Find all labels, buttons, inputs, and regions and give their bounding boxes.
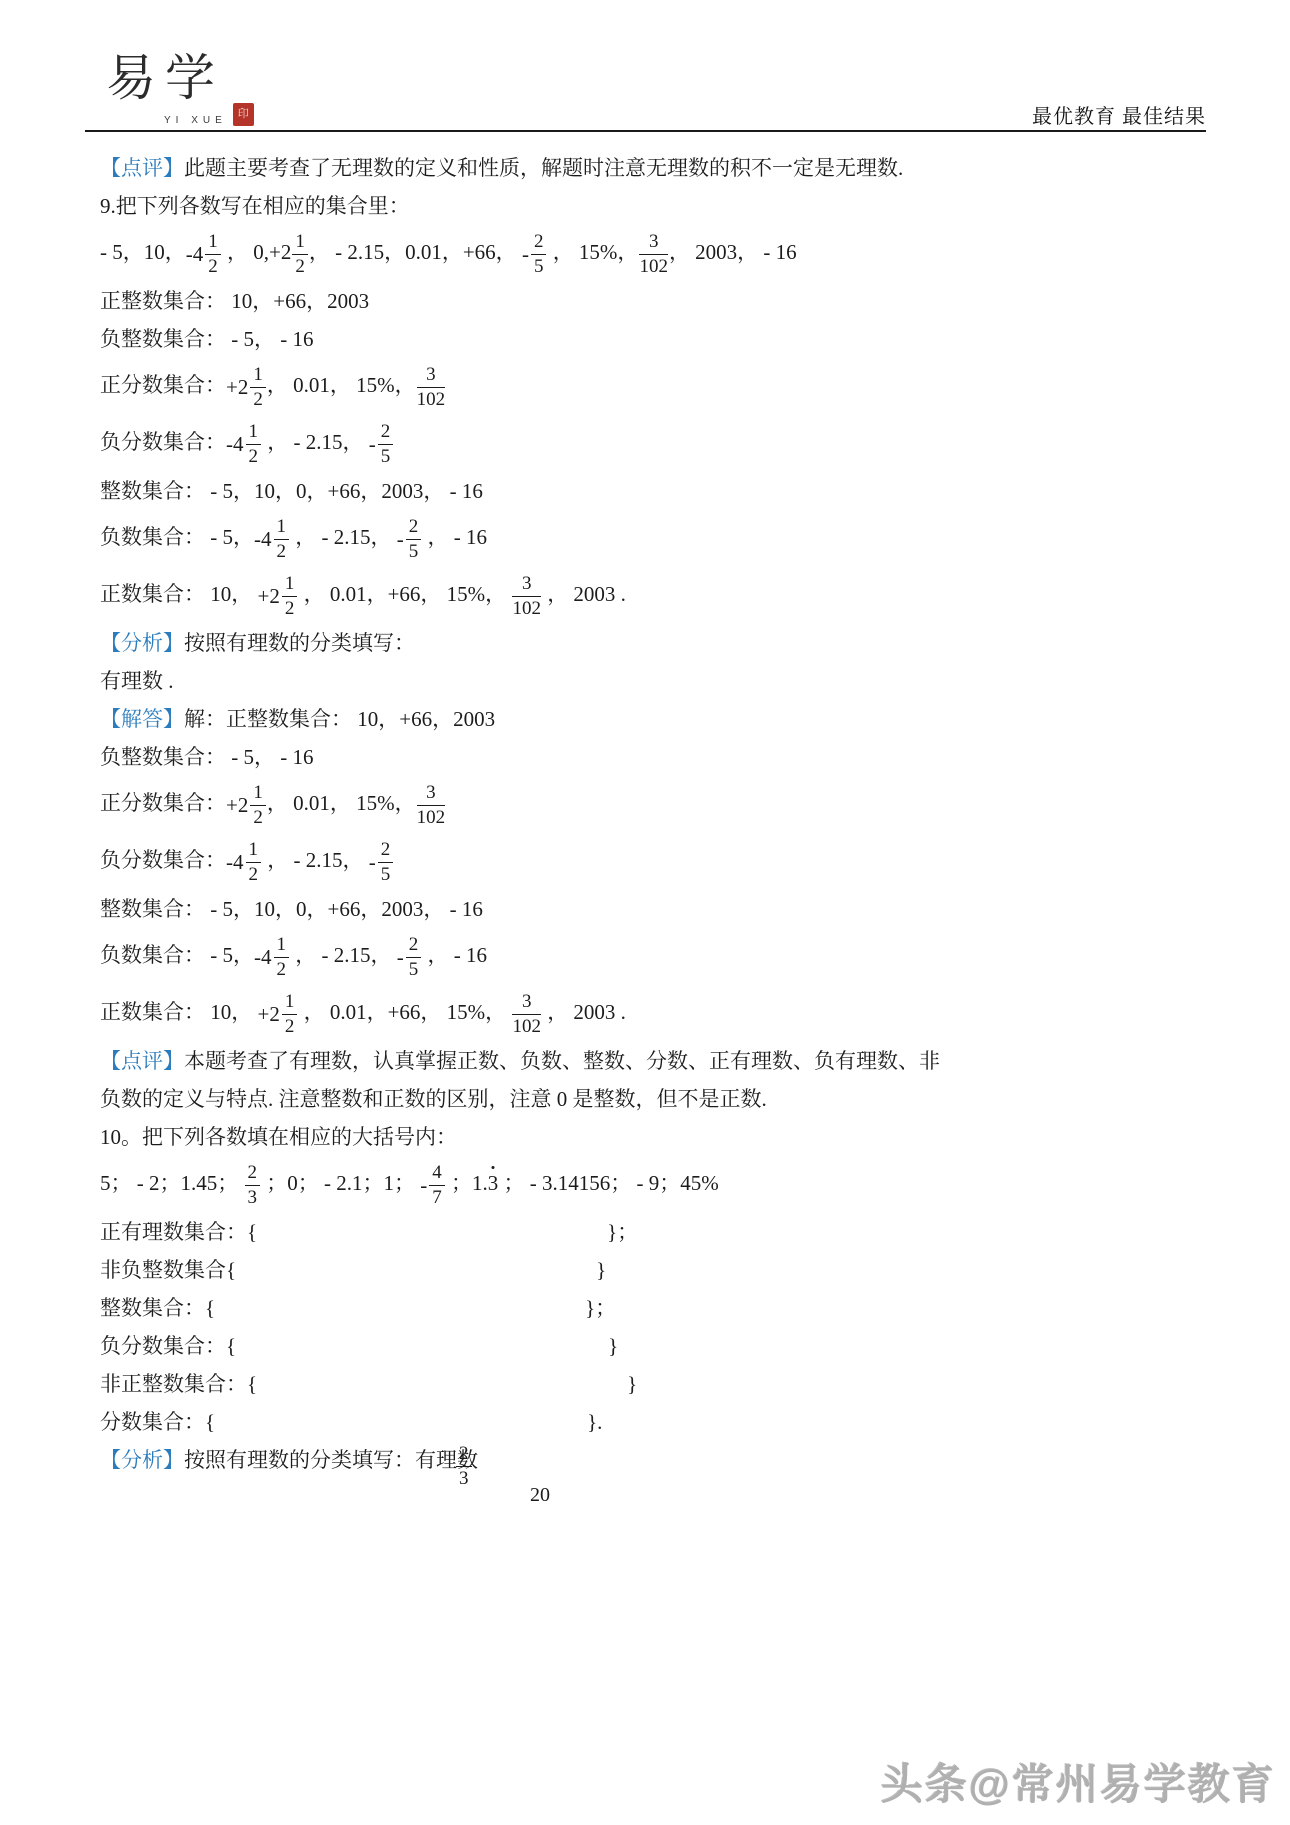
fraction: -412 [254, 934, 290, 980]
text-run: ， - 2.15， [290, 943, 397, 967]
text-line: 负分数集合：{} [100, 1333, 1212, 1360]
text-run: 整数集合： - 5，10，0，+66，2003， - 16 [100, 479, 483, 503]
text-run: 负分数集合：{ [100, 1334, 236, 1358]
text-run: 正分数集合： [100, 791, 226, 815]
text-run: } [627, 1372, 637, 1396]
document-page: 易学 YI XUE 印 最优教育 最佳结果 【点评】此题主要考查了无理数的定义和… [0, 0, 1290, 1825]
logo-seal-icon: 印 [233, 103, 254, 126]
text-run: 10。把下列各数填在相应的大括号内： [100, 1125, 457, 1149]
text-run: 9.把下列各数写在相应的集合里： [100, 194, 410, 218]
answer-blank [215, 1314, 585, 1315]
text-run: ， 0.01， 15%， [267, 791, 416, 815]
section-label: 【分析】 [100, 1448, 184, 1472]
section-label: 【分析】 [100, 631, 184, 655]
text-line: 正数集合： 10， +212 ， 0.01，+66， 15%， 3102 ， 2… [100, 573, 1212, 619]
text-run: ， - 2.15， [262, 848, 369, 872]
text-line: - 5，10，-412 ， 0,+212， - 2.15，0.01，+66， -… [100, 231, 1212, 277]
fraction: 3102 [416, 782, 447, 828]
text-run: 按照有理数的分类填写： [184, 631, 415, 655]
fraction: 3102 [511, 573, 542, 619]
text-line: 【点评】本题考查了有理数，认真掌握正数、负数、整数、分数、正有理数、负有理数、非 [100, 1048, 1212, 1075]
answer-blank [236, 1352, 608, 1353]
watermark: 头条@常州易学教育 [881, 1752, 1276, 1812]
text-line: 5； - 2；1.45； 23 ；0； - 2.1；1； -47 ；1.3 ； … [100, 1162, 1212, 1208]
fraction: -412 [226, 839, 262, 885]
text-line: 非负整数集合{} [100, 1257, 1212, 1284]
text-run: ， 0,+2 [222, 240, 292, 264]
content-lines: 【点评】此题主要考查了无理数的定义和性质，解题时注意无理数的积不一定是无理数.9… [100, 144, 1212, 1485]
text-line: 负数集合： - 5，-412 ， - 2.15， -25 ， - 16 [100, 934, 1212, 980]
text-line: 【点评】此题主要考查了无理数的定义和性质，解题时注意无理数的积不一定是无理数. [100, 155, 1212, 182]
fraction: -412 [226, 421, 262, 467]
text-run: }； [585, 1296, 616, 1320]
text-run: 非负整数集合{ [100, 1258, 236, 1282]
text-run: 整数集合：{ [100, 1296, 215, 1320]
text-run: ， - 16 [422, 943, 487, 967]
fraction: -25 [397, 934, 423, 980]
text-run: 负分数集合： [100, 430, 226, 454]
page-number: 20 [0, 1484, 1080, 1507]
text-run: ， 2003 . [542, 582, 626, 606]
text-line: 【分析】按照有理数的分类填写：有理数 [100, 1447, 1212, 1474]
answer-blank [236, 1276, 596, 1277]
text-run: 负数集合： - 5， [100, 943, 254, 967]
text-run: 有理数 . [100, 669, 174, 693]
fraction: 3102 [416, 364, 447, 410]
text-run: ， 0.01，+66， 15%， [298, 1000, 511, 1024]
text-line: 负整数集合： - 5， - 16 [100, 326, 1212, 353]
text-line: 【解答】解：正整数集合： 10，+66，2003 [100, 706, 1212, 733]
text-run: }； [607, 1220, 638, 1244]
text-run: }. [587, 1410, 602, 1434]
text-line: 负数集合： - 5，-412 ， - 2.15， -25 ， - 16 [100, 516, 1212, 562]
text-run: ， - 2.15， [262, 430, 369, 454]
text-run: 负整数集合： - 5， - 16 [100, 327, 314, 351]
text-run: 负分数集合： [100, 848, 226, 872]
text-run: 5； - 2；1.45； [100, 1171, 244, 1195]
text-run: ， 2003， - 16 [669, 240, 797, 264]
fraction: 23 [244, 1162, 262, 1208]
text-line: 负数的定义与特点. 注意整数和正数的区别，注意 0 是整数，但不是正数. [100, 1086, 1212, 1113]
text-run: ， 2003 . [542, 1000, 626, 1024]
fraction: -25 [369, 839, 395, 885]
text-line: 负整数集合： - 5， - 16 [100, 744, 1212, 771]
text-run: 正整数集合： 10，+66，2003 [100, 289, 369, 313]
logo-text: 易学 [106, 52, 254, 105]
text-line: 整数集合：{}； [100, 1295, 1212, 1322]
text-run: 负整数集合： - 5， - 16 [100, 745, 314, 769]
text-line: 正分数集合：+212， 0.01， 15%，3102 [100, 782, 1212, 828]
text-run: ； - 3.14156； - 9；45% [498, 1171, 718, 1195]
text-run: 3 [488, 1170, 499, 1197]
text-run: 解：正整数集合： 10，+66，2003 [184, 707, 495, 731]
text-line: 正数集合： 10， +212 ， 0.01，+66， 15%， 3102 ， 2… [100, 991, 1212, 1037]
text-line: 整数集合： - 5，10，0，+66，2003， - 16 [100, 478, 1212, 505]
fraction: +212 [226, 364, 267, 410]
text-line: 分数集合：{}. [100, 1409, 1212, 1436]
text-run: ；1. [446, 1171, 488, 1195]
answer-blank [257, 1390, 627, 1391]
text-run: 负数集合： - 5， [100, 525, 254, 549]
text-line: 正有理数集合：{}； [100, 1219, 1212, 1246]
text-line: 9.把下列各数写在相应的集合里： [100, 193, 1212, 220]
text-line: 【分析】按照有理数的分类填写： [100, 630, 1212, 657]
text-run: ， - 2.15，0.01，+66， [309, 240, 522, 264]
text-run: 整数集合： - 5，10，0，+66，2003， - 16 [100, 897, 483, 921]
text-line: 负分数集合：-412 ， - 2.15， -25 [100, 839, 1212, 885]
bottom-fraction: 2 3 [455, 1443, 473, 1489]
section-label: 【点评】 [100, 1049, 184, 1073]
fraction: 12 [291, 231, 309, 277]
text-line: 正整数集合： 10，+66，2003 [100, 288, 1212, 315]
fraction: -25 [522, 231, 548, 277]
answer-blank [257, 1238, 607, 1239]
text-run: 正有理数集合：{ [100, 1220, 257, 1244]
text-run: } [608, 1334, 618, 1358]
text-run: 正数集合： 10， [100, 582, 258, 606]
text-run: - 5，10， [100, 240, 186, 264]
text-line: 非正整数集合：{} [100, 1371, 1212, 1398]
text-run: ， - 2.15， [290, 525, 397, 549]
text-run: ；0； - 2.1；1； [261, 1171, 420, 1195]
text-run: ， 15%， [547, 240, 638, 264]
logo: 易学 YI XUE 印 [106, 52, 254, 126]
text-run: 负数的定义与特点. 注意整数和正数的区别，注意 0 是整数，但不是正数. [100, 1087, 767, 1111]
text-run: ， 0.01， 15%， [267, 373, 416, 397]
text-run: ， 0.01，+66， 15%， [298, 582, 511, 606]
fraction: -25 [369, 421, 395, 467]
fraction: 3102 [511, 991, 542, 1037]
section-label: 【解答】 [100, 707, 184, 731]
answer-blank [215, 1428, 587, 1429]
fraction: -412 [186, 231, 222, 277]
text-line: 10。把下列各数填在相应的大括号内： [100, 1124, 1212, 1151]
section-label: 【点评】 [100, 156, 184, 180]
text-run: 正数集合： 10， [100, 1000, 258, 1024]
header-divider [85, 130, 1206, 132]
text-run: 此题主要考查了无理数的定义和性质，解题时注意无理数的积不一定是无理数. [184, 156, 903, 180]
fraction: +212 [258, 573, 299, 619]
fraction: -47 [420, 1162, 446, 1208]
logo-subtext: YI XUE [164, 115, 227, 126]
fraction: 3102 [638, 231, 669, 277]
fraction: -412 [254, 516, 290, 562]
text-run: ， - 16 [422, 525, 487, 549]
text-run: 正分数集合： [100, 373, 226, 397]
text-line: 有理数 . [100, 668, 1212, 695]
fraction: +212 [226, 782, 267, 828]
text-run: 分数集合：{ [100, 1410, 215, 1434]
header-tagline: 最优教育 最佳结果 [1032, 100, 1206, 129]
text-run: 按照有理数的分类填写：有理数 [184, 1448, 478, 1472]
fraction: +212 [258, 991, 299, 1037]
text-line: 整数集合： - 5，10，0，+66，2003， - 16 [100, 896, 1212, 923]
fraction: -25 [397, 516, 423, 562]
text-run: 非正整数集合：{ [100, 1372, 257, 1396]
text-run: } [596, 1258, 606, 1282]
text-line: 正分数集合：+212， 0.01， 15%，3102 [100, 364, 1212, 410]
text-line: 负分数集合：-412 ， - 2.15， -25 [100, 421, 1212, 467]
fraction-numerator: 2 [456, 1443, 472, 1467]
text-run: 本题考查了有理数，认真掌握正数、负数、整数、分数、正有理数、负有理数、非 [184, 1049, 940, 1073]
